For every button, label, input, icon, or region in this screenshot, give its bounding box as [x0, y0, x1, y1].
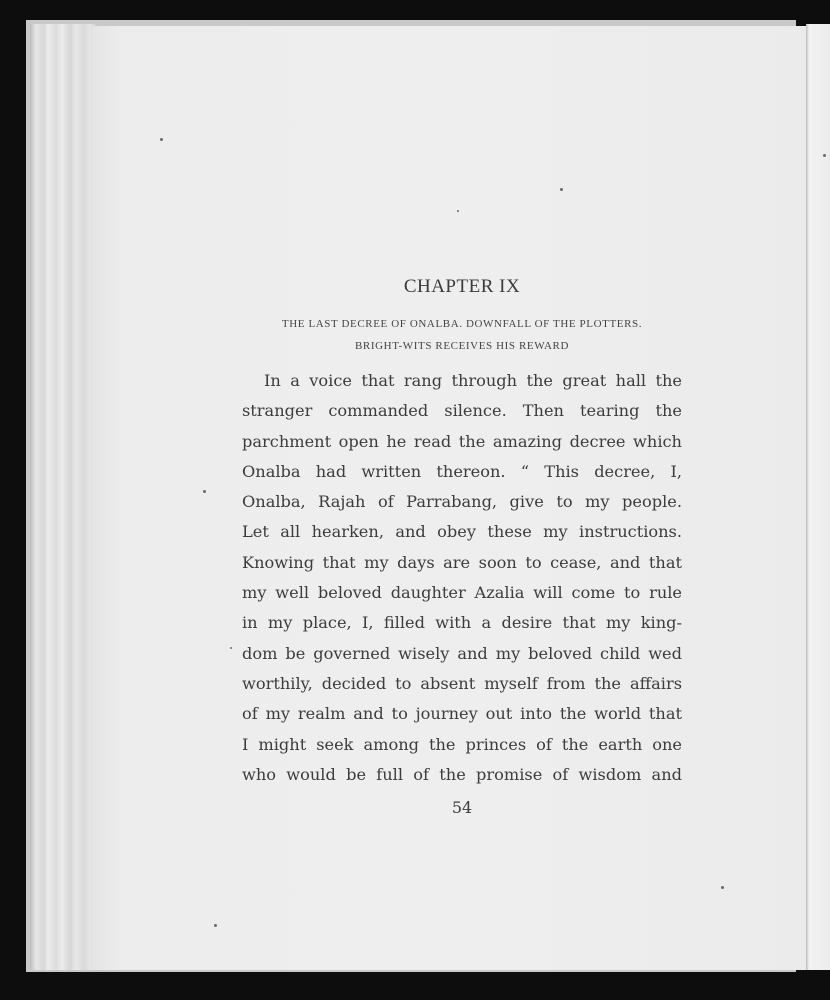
text-line: worthily, decided to absent myself from …	[242, 669, 682, 699]
text-line: Onalba, Rajah of Parrabang, give to my p…	[242, 487, 682, 517]
text-line: who would be full of the promise of wisd…	[242, 760, 682, 790]
text-line: In a voice that rang through the great h…	[242, 366, 682, 396]
text-line: in my place, I, filled with a desire tha…	[242, 608, 682, 638]
paper-speck	[560, 188, 563, 191]
text-line: of my realm and to journey out into the …	[242, 699, 682, 729]
paper-speck	[203, 490, 206, 493]
paper-speck	[160, 138, 163, 141]
paper-speck	[823, 154, 826, 157]
right-page-edge	[806, 24, 830, 970]
paper-speck	[721, 886, 724, 889]
chapter-title: CHAPTER IX	[242, 276, 682, 298]
chapter-subtitle-line-2: BRIGHT-WITS RECEIVES HIS REWARD	[232, 340, 692, 352]
paper-speck	[214, 924, 217, 927]
text-line: Let all hearken, and obey these my instr…	[242, 517, 682, 547]
text-line: my well beloved daughter Azalia will com…	[242, 578, 682, 608]
page-edges-stack	[30, 24, 96, 970]
text-line: Onalba had written thereon. “ This decre…	[242, 457, 682, 487]
paper-speck	[230, 647, 232, 649]
book-page: CHAPTER IX THE LAST DECREE OF ONALBA. DO…	[92, 26, 806, 970]
text-line: Knowing that my days are soon to cease, …	[242, 548, 682, 578]
page-number: 54	[242, 798, 682, 817]
text-line: stranger commanded silence. Then tearing…	[242, 396, 682, 426]
text-line: parchment open he read the amazing decre…	[242, 427, 682, 457]
chapter-subtitle-line-1: THE LAST DECREE OF ONALBA. DOWNFALL OF T…	[232, 318, 692, 330]
paper-speck	[457, 210, 459, 212]
text-line: dom be governed wisely and my beloved ch…	[242, 639, 682, 669]
text-line: I might seek among the princes of the ea…	[242, 730, 682, 760]
body-paragraph: In a voice that rang through the great h…	[242, 366, 682, 790]
